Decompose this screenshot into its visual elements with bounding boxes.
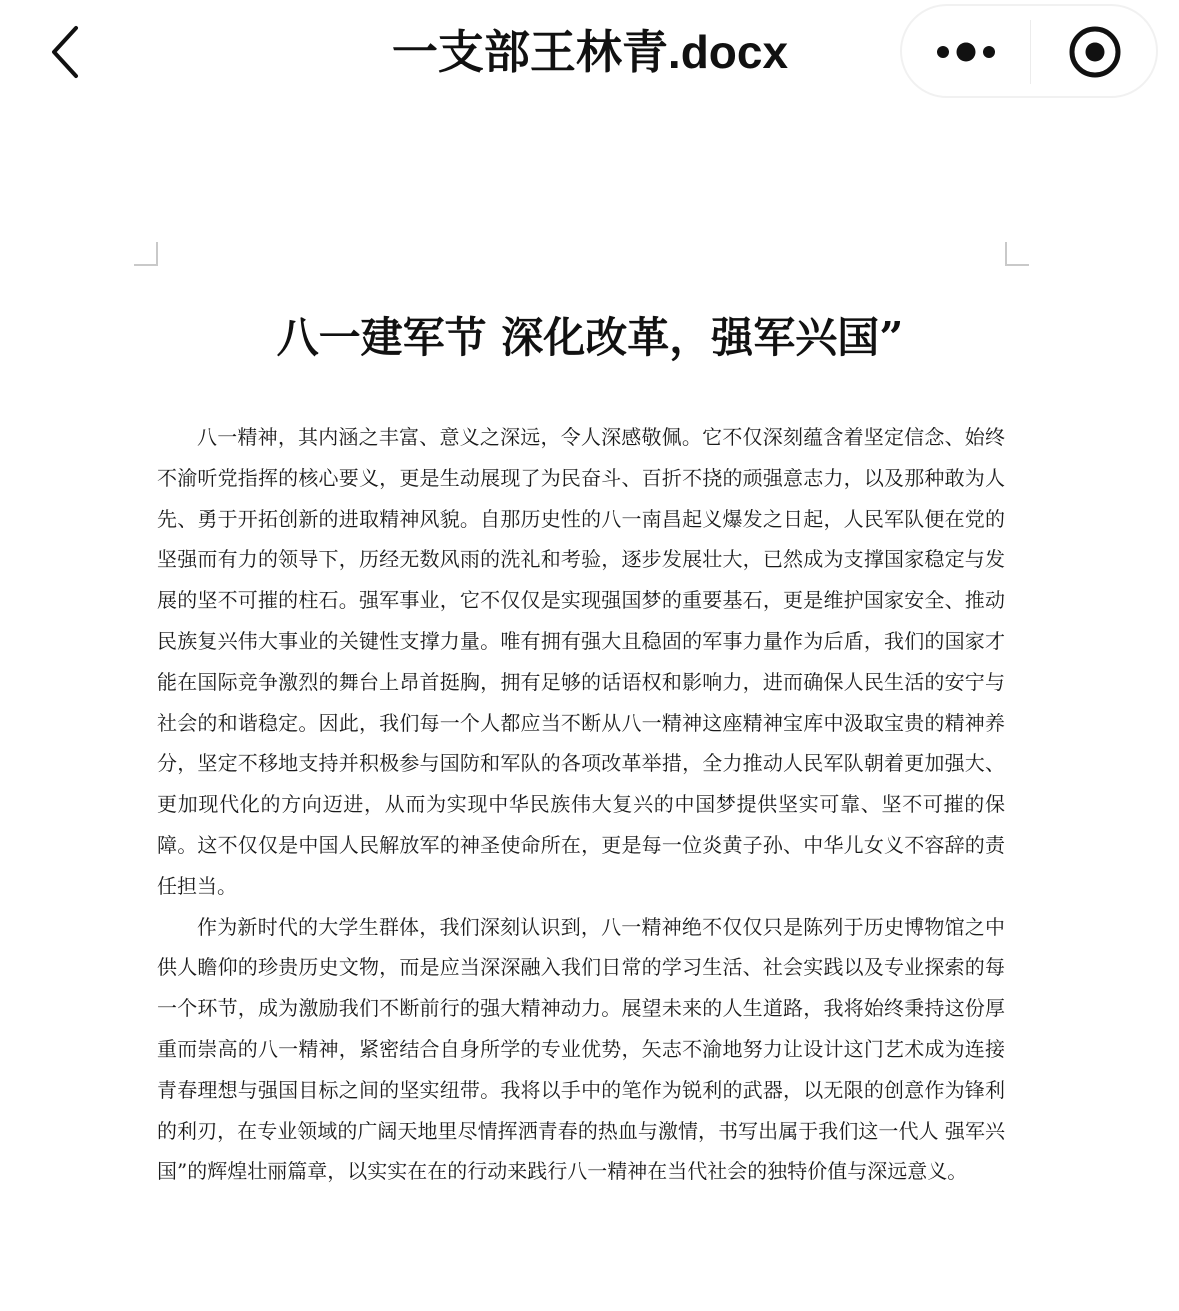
document-page: 八一建军节 深化改革，强军兴国” 八一精神，其内涵之丰富、意义之深远，令人深感敬… xyxy=(0,104,1179,1311)
document-heading: 八一建军节 深化改革，强军兴国” xyxy=(150,308,1030,368)
paragraph: 八一精神，其内涵之丰富、意义之深远，令人深感敬佩。它不仅深刻蕴含着坚定信念、始终… xyxy=(157,417,1005,907)
mini-program-capsule xyxy=(900,4,1158,98)
more-dots-icon xyxy=(902,6,1030,96)
document-body: 八一精神，其内涵之丰富、意义之深远，令人深感敬佩。它不仅深刻蕴含着坚定信念、始终… xyxy=(157,417,1005,1192)
document-title-bar: 一支部王林青.docx xyxy=(300,22,880,82)
paragraph: 作为新时代的大学生群体，我们深刻认识到，八一精神绝不仅仅只是陈列于历史博物馆之中… xyxy=(157,907,1005,1193)
margin-corner-mark-top-left xyxy=(134,242,158,266)
back-button[interactable] xyxy=(40,22,96,82)
chevron-left-icon xyxy=(40,22,96,82)
target-circle-icon xyxy=(1031,6,1158,96)
more-button[interactable] xyxy=(902,6,1030,96)
close-button[interactable] xyxy=(1031,6,1158,96)
nav-bar: 一支部王林青.docx xyxy=(0,0,1179,104)
margin-corner-mark-top-right xyxy=(1005,242,1029,266)
